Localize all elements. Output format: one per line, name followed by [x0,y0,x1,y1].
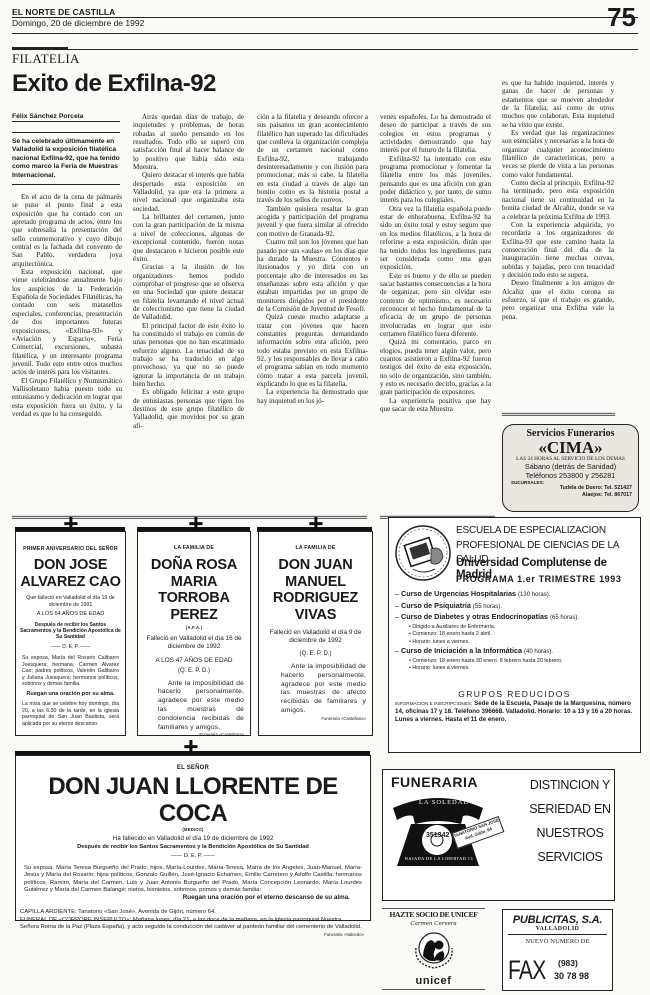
paragraph: Cuatro mil son los jóvenes que han pasad… [257,238,368,313]
course-item: – Curso de Iniciación a la Informática (… [395,646,639,658]
obituary-age: A LOS 47 AÑOS DE EDAD [138,657,250,665]
unicef-ad: HAZTE SOCIO DE UNICEF Carmen Cervera uni… [382,908,485,990]
article-column-2: Atrás quedan días de trabajo, de inquiet… [133,113,244,430]
publicitas-notice: NUEVO NUMERO DE [503,938,612,945]
paragraph: es que ha habido inquietud, interés y ga… [502,79,614,129]
cima-phones: Teléfonos 253800 y 256281 [503,471,638,480]
section-rule [12,49,638,50]
obituary-intro: PRIMER ANIVERSARIO DEL SEÑOR [16,546,125,552]
paragraph: En el acto de la cena de palmarés se pus… [12,193,122,268]
byline-rule [12,121,120,122]
obituary-sacraments: Después de recibir los Santos Sacramento… [20,622,121,640]
publicitas-name: PUBLICITAS, S.A. [503,914,612,926]
paragraph: También quisiera resaltar la gran acogid… [257,205,368,238]
obituary-chapel: CAPILLA ARDIENTE: Tanatorio «San José», … [20,909,362,916]
lede-top-rule [12,132,120,133]
lede-bottom-rule [12,184,120,185]
soledad-brand: LA SOLEDAD [403,799,485,806]
paragraph: Es obligado felicitar a este grupo de en… [133,388,244,430]
article-column-1: En el acto de la cena de palmarés se pus… [12,193,122,418]
obituary-age: A LOS 64 AÑOS DE EDAD [16,611,125,619]
paragraph: Otra vez la filatelia española puede est… [380,205,491,272]
course-item: – Curso de Diabetes y otras Endocrinopat… [395,612,639,624]
obituary-name: DOÑA ROSA MARIA TORROBA PEREZ [138,557,250,623]
school-ad: ESCUELA DE ESPECIALIZACION PROFESIONAL D… [388,517,641,753]
obituary-rip: (Q. E. P. D.) [138,668,250,676]
obituary-profession: (MEDICO) [16,827,370,832]
obituary-rip: —— D. E. P. —— [16,853,370,861]
issue-date: Domingo, 20 de diciembre de 1992 [12,18,144,28]
paragraph: venes españoles. Lo ha demostrado el des… [380,113,491,155]
paragraph: Exfilna-92 ha intentado con este program… [380,155,491,205]
article-column-3: ción a la filatelia y deseando ofrecer a… [257,113,368,405]
fax-label: FAX [508,955,545,985]
fax-area-code: (983) [558,958,578,968]
course-detail: • Comienzo: 18 enero hasta 2 abril. [395,631,639,639]
course-detail: • Horario: lunes a viernes. [395,665,639,673]
unicef-signature: Carmen Cervera [382,921,485,927]
article-lede: Se ha celebrado últimamente en Valladoli… [12,138,122,180]
cima-brand: «CIMA» [503,439,638,456]
obituary-death-date: Falleció en Valladolid el día 9 de dicie… [265,629,366,646]
divider-hatch [502,412,615,416]
groups-notice: GRUPOS REDUCIDOS [389,689,640,699]
soledad-phone: 351342 [426,832,449,839]
paragraph: Con la experiencia adquirida, yo recorda… [502,221,614,279]
paragraph: Quiero destacar el interés que había des… [133,171,244,213]
article-column-5: es que ha habido inquietud, interés y ga… [502,79,614,321]
fax-number: 30 78 98 [554,971,589,981]
course-detail: • Horario: lunes a viernes. [395,639,639,647]
paragraph: Gracias a la ilusión de los organizadore… [133,263,244,321]
paragraph: Quizá cueste mucho adaptarse a tratar co… [257,313,368,388]
obituary-intro: EL SEÑOR [16,765,370,771]
obituary-thanks: Ante la imposibilidad de hacerlo persona… [158,680,244,733]
obituary-torroba: LA FAMILIA DE DOÑA ROSA MARIA TORROBA PE… [137,531,251,736]
article-headline: Exito de Exfilna-92 [12,70,216,98]
paragraph: El principal factor de este éxito lo ha … [133,322,244,389]
obituary-thanks: Ante la imposibilidad de hacerlo persona… [281,663,366,716]
funeraria-slogan: DISTINCION Y SERIEDAD EN NUESTROS SERVIC… [526,773,614,869]
obituary-sacraments: Después de recibir los Santos Sacramento… [16,844,370,851]
obituary-tag: (A.F.A.) [138,625,250,630]
paragraph: Esto es bueno y de ello se pueden sacar … [380,272,491,339]
obituary-prayer: Ruegan una oración por su alma. [16,691,125,698]
section-label: FILATELIA [12,51,80,67]
newspaper-name: EL NORTE DE CASTILLA [12,7,115,17]
paragraph: Quizá mi comentario, parco en elogios, p… [380,338,491,396]
cima-address: Sábano (detrás de Sanidad) [503,462,638,471]
course-list: – Curso de Urgencias Hospitalarias (130 … [395,589,639,673]
obituary-name: DON JUAN MANUEL RODRIGUEZ VIVAS [259,557,372,623]
unicef-logo-icon [410,928,458,970]
cima-branch: Tudela de Duero: Tel. 521427 [503,485,638,492]
obituary-death-date: Ha fallecido en Valladolid el día 19 de … [16,835,370,843]
publicitas-city: VALLADOLID [508,926,607,935]
obituary-alvarez: PRIMER ANIVERSARIO DEL SEÑOR DON JOSE AL… [15,531,126,736]
course-detail: • Dirigido a Auxiliares de Enfermería. [395,624,639,632]
masthead-top-rule [12,17,638,18]
obituary-death-date: Que falleció en Valladolid el día 19 de … [22,595,119,608]
obituary-rip: (Q. E. P. D.) [259,651,372,659]
cima-branch: Alaejos: Tel. 867017 [503,492,638,499]
unicef-headline: HAZTE SOCIO DE UNICEF [382,908,485,919]
obituary-rodriguez: LA FAMILIA DE DON JUAN MANUEL RODRIGUEZ … [258,531,373,736]
paragraph: La brillantez del certamen, junto con la… [133,213,244,263]
obituary-name: DON JUAN LLORENTE DE COCA [16,773,370,827]
obituary-death-date: Falleció en Valladolid el día 16 de dici… [146,635,242,652]
paragraph: Atrás quedan días de trabajo, de inquiet… [133,113,244,171]
obituary-mass: La misa que se celebre hoy domingo, día … [22,701,119,727]
soledad-address: BAJADA DE LA LIBERTAD 13 [399,856,479,862]
article-byline: Félix Sánchez Porcela [12,113,83,120]
obituary-family: Su esposa, María Teresa Burgueño del Pra… [24,865,362,895]
funeraria-soledad-ad: FUNERARIA LA SOLEDAD 351342 BAJADA DE LA… [382,769,615,901]
course-detail: • Comienzo: 18 enero hasta 30 enero. 8 f… [395,658,639,666]
obituary-llorente: EL SEÑOR DON JUAN LLORENTE DE COCA (MEDI… [15,755,371,921]
program-title: PROGRAMA 1.er TRIMESTRE 1993 [456,574,622,584]
obituary-prayer: Ruegan una oración por el eterno descans… [16,895,350,902]
enrollment-info: INFORMACION E INSCRIPCIONES: Sede de la … [395,700,637,724]
university-crest-icon [393,523,453,583]
paragraph: La experiencia positiva que hay que saca… [380,397,491,414]
masthead-bottom-rule [12,33,638,34]
funeraria-title: FUNERARIA [391,774,478,790]
course-item: – Curso de Psiquiatría (55 horas). [395,601,639,613]
obituary-funeral-home: Funeraria «Salcedo» [16,932,364,937]
article-column-4: venes españoles. Lo ha demostrado el des… [380,113,491,413]
paragraph: ción a la filatelia y deseando ofrecer a… [257,113,368,205]
paragraph: Como decía al principio, Exfilna-92 ha t… [502,179,614,221]
paragraph: El Grupo Filatélico y Numismático Vallis… [12,377,122,419]
obituary-family: Su esposa, María del Rosario Calibarro J… [22,655,119,688]
paragraph: La experiencia ha demostrado que hay inq… [257,388,368,405]
obituary-intro: LA FAMILIA DE [138,545,250,551]
obituary-funeral-home: Funeraria «Castellana» [259,716,366,721]
publicitas-ad: PUBLICITAS, S.A. VALLADOLID NUEVO NUMERO… [502,909,613,991]
obituary-intro: LA FAMILIA DE [259,545,372,551]
paragraph: Deseo finalmente a los amigos de Alcañiz… [502,279,614,321]
paragraph: Esta exposición nacional, que viene cele… [12,268,122,376]
obituary-rip: —— D. E. P. —— [16,644,125,652]
obituary-funeral-service: FUNERAL DE «CORPORE INSEPULTO»: Mañana l… [20,917,362,932]
unicef-wordmark: unicef [382,975,485,990]
cima-funeral-ad: Servicios Funerarios «CIMA» LAS 24 HORAS… [502,424,639,512]
course-item: – Curso de Urgencias Hospitalarias (130 … [395,589,639,601]
obituary-name: DON JOSE ALVAREZ CAO [16,557,125,590]
paragraph: Es verdad que las organizaciones son ese… [502,129,614,179]
